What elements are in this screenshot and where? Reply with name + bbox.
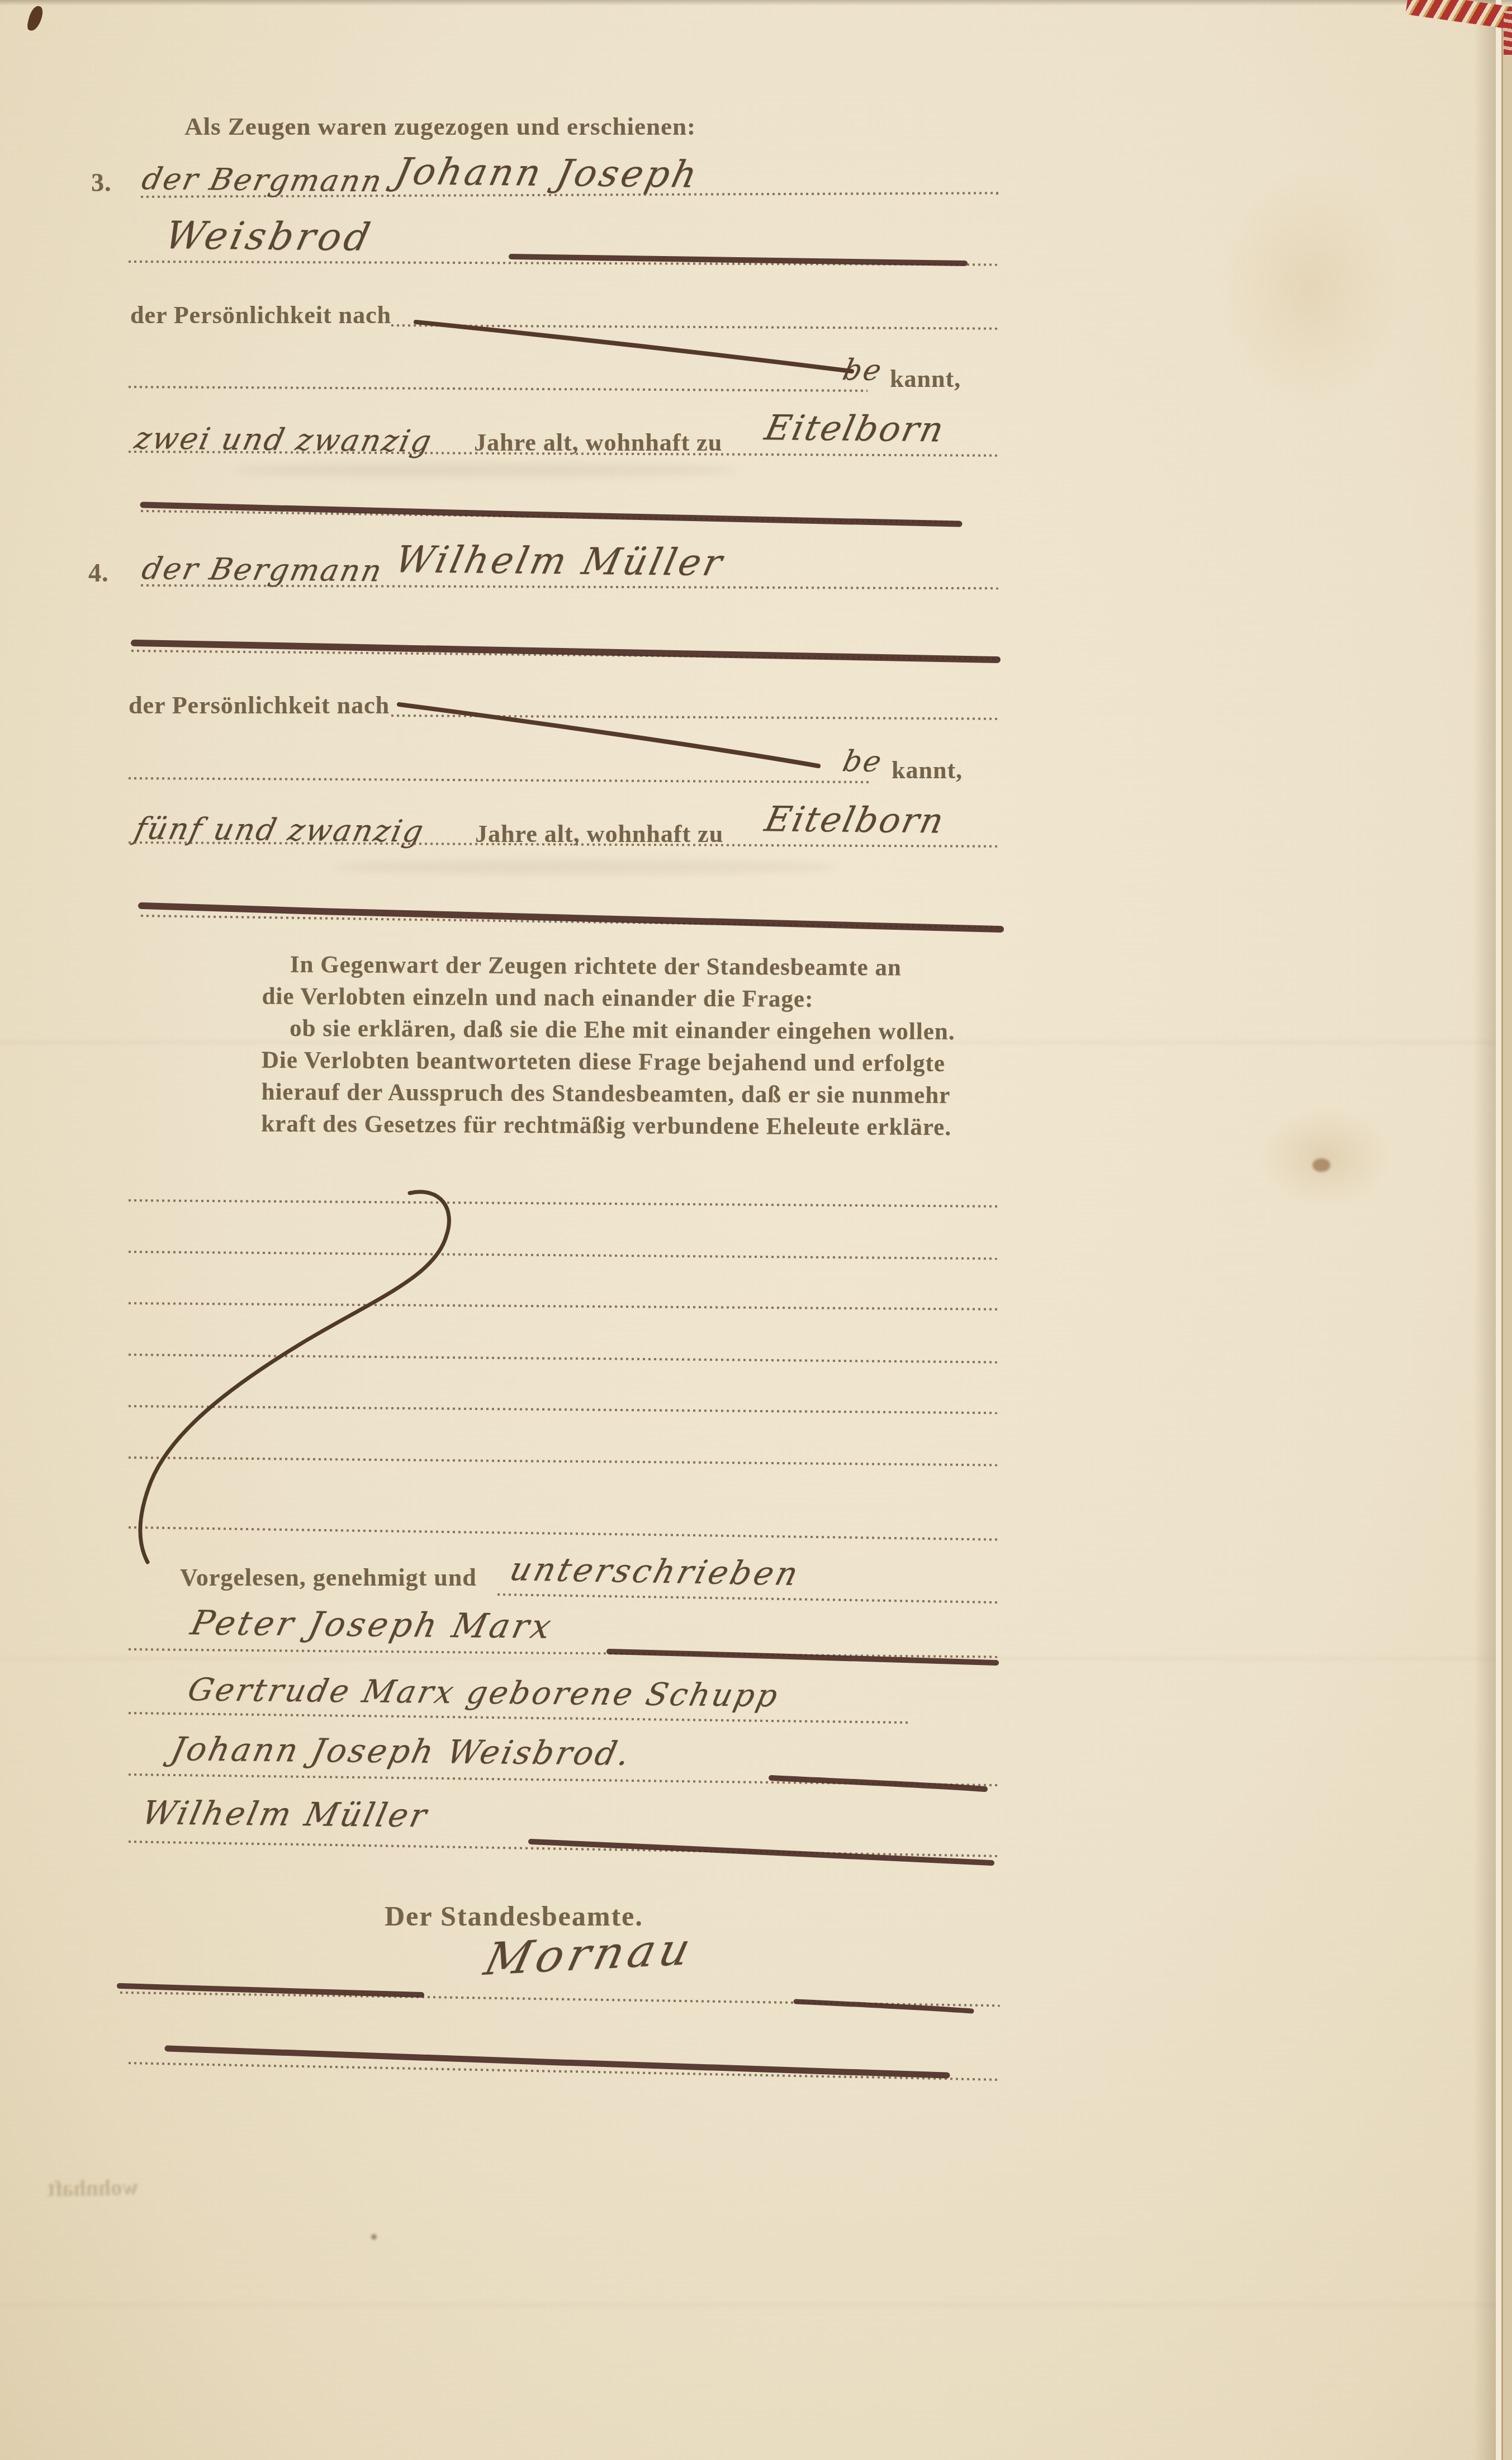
signature-groom: Peter Joseph Marx (187, 1603, 557, 1647)
dotted-line (129, 1526, 1001, 1541)
dotted-line (129, 1648, 1001, 1658)
pen-stroke-diagonal-4 (399, 704, 818, 766)
book-endband (1405, 0, 1512, 30)
witness-4-number: 4. (88, 558, 109, 588)
paper-crease (0, 1657, 1512, 1660)
ink-spot (1312, 1158, 1330, 1172)
photo-top-shadow (0, 0, 1512, 6)
book-endband-side (1504, 11, 1512, 55)
dotted-line (129, 777, 869, 783)
pen-stroke-cancellation-curve (140, 1192, 449, 1562)
declaration-line: hierauf der Ausspruch des Standesbeamten… (261, 1076, 1010, 1111)
page-edge-highlight (1496, 0, 1501, 2460)
bleedthrough-smudge (335, 860, 838, 874)
closing-handwriting: unterschrieben (506, 1550, 805, 1593)
declaration-line: In Gegenwart der Zeugen richtete der Sta… (262, 948, 1011, 984)
dotted-line (141, 584, 1001, 589)
ink-spot (371, 2234, 377, 2240)
paper-crease (0, 2303, 1512, 2306)
page-edge-crease (1473, 0, 1497, 2460)
dotted-line (391, 715, 1001, 720)
bleedthrough-smudge (235, 463, 738, 477)
form-header: Als Zeugen waren zugezogen und erschiene… (184, 112, 696, 141)
adjacent-page-edge (1501, 20, 1512, 2460)
dotted-line (141, 915, 1001, 929)
registrar-signature: Mornau (480, 1923, 700, 1985)
paper-stain (1219, 168, 1403, 408)
signature-witness-3: Johann Joseph Weisbrod. (168, 1730, 636, 1773)
witness-3-residence-handwriting: Eitelborn (761, 407, 949, 450)
witness-4-be-handwriting: be (840, 745, 886, 779)
declaration-line: die Verlobten einzeln und nach einander … (262, 980, 1011, 1016)
witness-3-occupation-handwriting: der Bergmann (139, 161, 387, 199)
pen-stroke-diagonal-3 (416, 322, 852, 371)
dotted-line (129, 386, 868, 392)
witness-4-occupation-handwriting: der Bergmann (139, 551, 387, 589)
witness-4-name-handwriting: Wilhelm Müller (391, 538, 729, 584)
identity-label-4: der Persönlichkeit nach (129, 691, 390, 720)
dotted-line (129, 261, 1001, 266)
dotted-line (129, 2062, 1001, 2081)
closing-printed: Vorgelesen, genehmigt und (180, 1563, 477, 1592)
dotted-line (497, 1593, 1001, 1603)
dotted-line (131, 650, 1001, 660)
dotted-line (129, 1405, 1001, 1414)
witness-3-number: 3. (91, 168, 112, 197)
witness-4-residence-handwriting: Eitelborn (761, 798, 949, 841)
declaration-line: ob sie erklären, daß sie die Ehe mit ein… (262, 1012, 1011, 1048)
known-label-4: kannt, (892, 756, 963, 784)
dotted-line (129, 1456, 1001, 1466)
dotted-line (129, 1199, 1001, 1208)
witness-3-firstnames-handwriting: Johann Joseph (391, 150, 704, 196)
paper-speck (26, 4, 44, 32)
witness-3-surname-handwriting: Weisbrod (161, 214, 377, 260)
dotted-line (129, 1773, 1001, 1786)
dotted-line (129, 1354, 1001, 1364)
known-label-3: kannt, (890, 365, 961, 393)
witness-3-be-handwriting: be (840, 353, 886, 387)
declaration-line: Die Verlobten beantworteten diese Frage … (262, 1044, 1011, 1080)
signature-bride: Gertrude Marx geborene Schupp (184, 1672, 783, 1714)
dotted-line (129, 1841, 1001, 1857)
paper-stain (1258, 1107, 1392, 1208)
dotted-line (129, 1251, 1001, 1260)
dotted-line (141, 510, 960, 523)
dotted-line (129, 1302, 1001, 1311)
declaration-line: kraft des Gesetzes für rechtmäßig verbun… (261, 1108, 1010, 1143)
signature-witness-4: Wilhelm Müller (139, 1794, 432, 1834)
bleedthrough-text: wohnhaft (48, 2174, 139, 2202)
identity-label-3: der Persönlichkeit nach (130, 301, 391, 329)
declaration-paragraph: In Gegenwart der Zeugen richtete der Sta… (261, 948, 1011, 1143)
dotted-line (391, 324, 1001, 330)
dotted-line (129, 1712, 908, 1724)
dotted-line (120, 1991, 1001, 2007)
marriage-register-page: Als Zeugen waren zugezogen und erschiene… (0, 0, 1512, 2460)
